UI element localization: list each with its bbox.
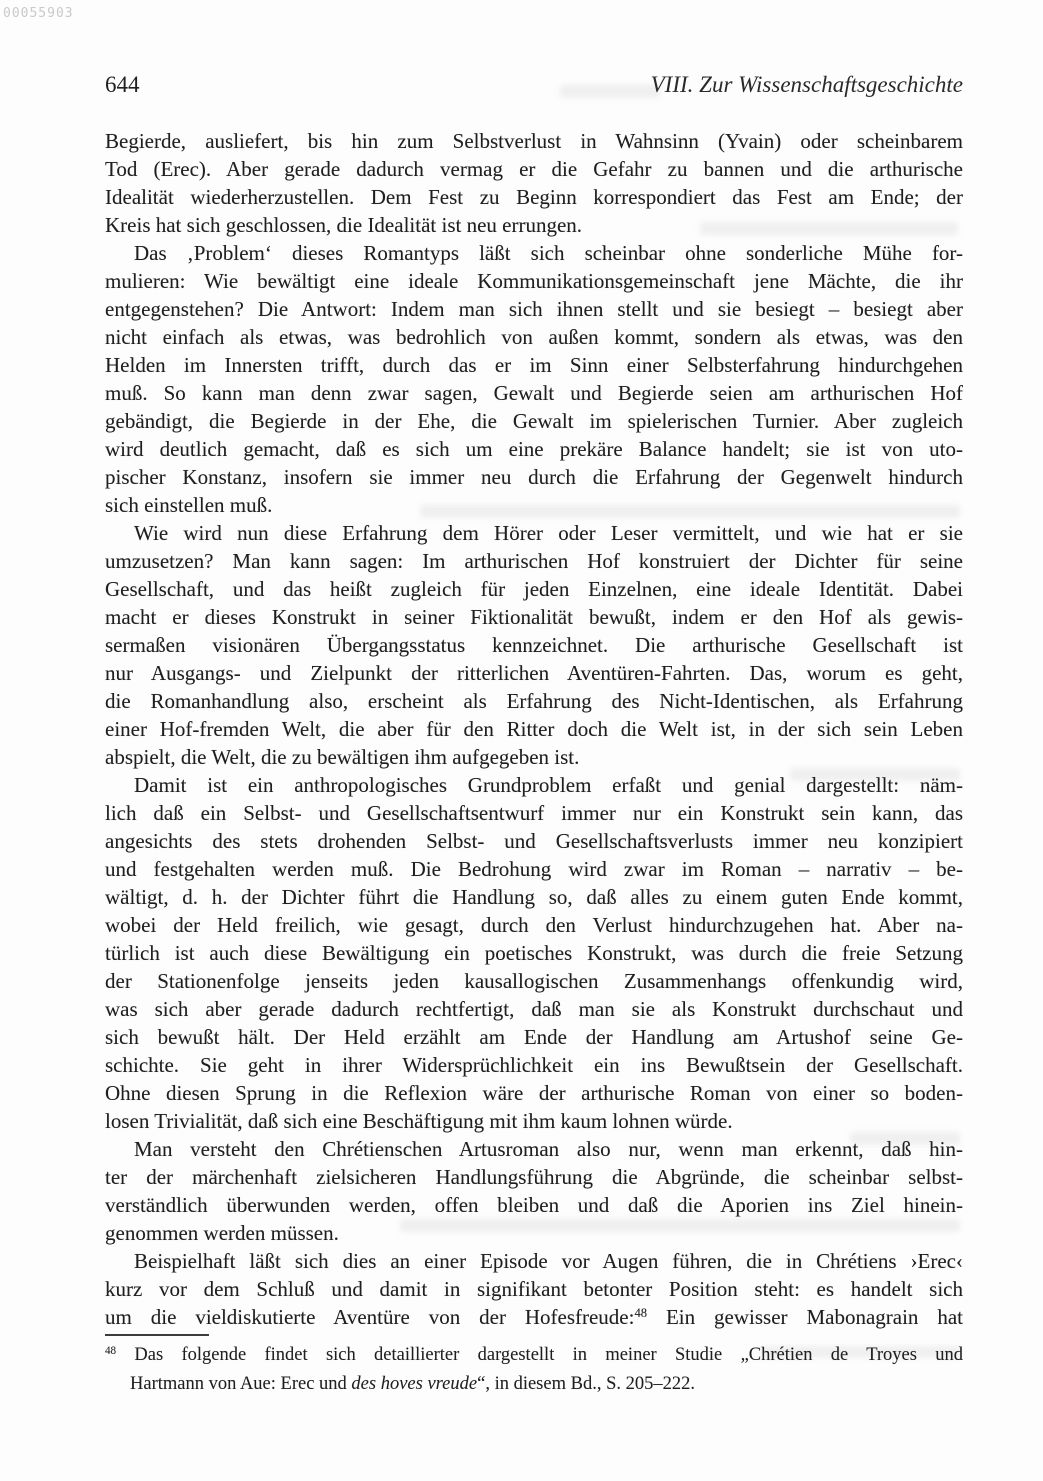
text-line: mulieren: Wie bewältigt eine ideale Komm… bbox=[105, 267, 963, 295]
text-line: muß. So kann man denn zwar sagen, Gewalt… bbox=[105, 379, 963, 407]
text-line: und festgehalten werden muß. Die Bedrohu… bbox=[105, 855, 963, 883]
footnote-reference: 48 bbox=[634, 1306, 647, 1320]
text-line: nicht einfach als etwas, was bedrohlich … bbox=[105, 323, 963, 351]
running-title: VIII. Zur Wissenschaftsgeschichte bbox=[651, 72, 963, 98]
text-line: wobei der Held freilich, wie gesagt, dur… bbox=[105, 911, 963, 939]
text-line: Gesellschaft, und das heißt zugleich für… bbox=[105, 575, 963, 603]
text-line: losen Trivialität, daß sich eine Beschäf… bbox=[105, 1107, 963, 1135]
footnote-reference: 48 bbox=[105, 1345, 116, 1357]
text-line: umzusetzen? Man kann sagen: Im arthurisc… bbox=[105, 547, 963, 575]
text-line: Das ‚Problem‘ dieses Romantyps läßt sich… bbox=[105, 239, 963, 267]
footnote-separator bbox=[105, 1334, 209, 1336]
footnote-line: Hartmann von Aue: Erec und des hoves vre… bbox=[105, 1370, 963, 1399]
text-line: nur Ausgangs- und Zielpunkt der ritterli… bbox=[105, 659, 963, 687]
paragraph: Das ‚Problem‘ dieses Romantyps läßt sich… bbox=[105, 239, 963, 519]
text-line: Damit ist ein anthropologisches Grundpro… bbox=[105, 771, 963, 799]
page-header: 644 VIII. Zur Wissenschaftsgeschichte bbox=[105, 72, 963, 98]
text-line: die Romanhandlung also, erscheint als Er… bbox=[105, 687, 963, 715]
text-line: angesichts des stets drohenden Selbst- u… bbox=[105, 827, 963, 855]
text-line: türlich ist auch diese Bewältigung ein p… bbox=[105, 939, 963, 967]
paragraph: Beispielhaft läßt sich dies an einer Epi… bbox=[105, 1247, 963, 1331]
text-segment: “, in diesem Bd., S. 205–222. bbox=[477, 1374, 695, 1394]
text-line: Wie wird nun diese Erfahrung dem Hörer o… bbox=[105, 519, 963, 547]
text-line: wird deutlich gemacht, daß es sich um ei… bbox=[105, 435, 963, 463]
text-line: pischer Konstanz, insofern sie immer neu… bbox=[105, 463, 963, 491]
text-line: Ohne diesen Sprung in die Reflexion wäre… bbox=[105, 1079, 963, 1107]
book-page: 00055903 644 VIII. Zur Wissenschaftsgesc… bbox=[0, 0, 1043, 1481]
text-line: Tod (Erec). Aber gerade dadurch vermag e… bbox=[105, 155, 963, 183]
text-line: Helden im Innersten trifft, durch das er… bbox=[105, 351, 963, 379]
text-line: um die vieldiskutierte Aventüre von der … bbox=[105, 1303, 963, 1331]
text-line: Kreis hat sich geschlossen, die Idealitä… bbox=[105, 211, 963, 239]
text-segment: Das folgende findet sich detaillierter d… bbox=[116, 1345, 963, 1365]
text-line: wältigt, d. h. der Dichter führt die Han… bbox=[105, 883, 963, 911]
paragraph: Damit ist ein anthropologisches Grundpro… bbox=[105, 771, 963, 1135]
text-line: gebändigt, die Begierde in der Ehe, die … bbox=[105, 407, 963, 435]
text-line: macht er dieses Konstrukt in seiner Fikt… bbox=[105, 603, 963, 631]
text-line: sich einstellen muß. bbox=[105, 491, 963, 519]
text-line: kurz vor dem Schluß und damit in signifi… bbox=[105, 1275, 963, 1303]
scan-number: 00055903 bbox=[3, 6, 74, 21]
footnote-line: 48 Das folgende findet sich detaillierte… bbox=[105, 1341, 963, 1370]
footnote-text: 48 Das folgende findet sich detaillierte… bbox=[105, 1341, 963, 1399]
text-line: entgegenstehen? Die Antwort: Indem man s… bbox=[105, 295, 963, 323]
body-text: Begierde, ausliefert, bis hin zum Selbst… bbox=[105, 127, 963, 1331]
text-line: genommen werden müssen. bbox=[105, 1219, 963, 1247]
text-line: sermaßen visionären Übergangsstatus kenn… bbox=[105, 631, 963, 659]
text-line: lich daß ein Selbst- und Gesellschaftsen… bbox=[105, 799, 963, 827]
footnote-section: 48 Das folgende findet sich detaillierte… bbox=[105, 1334, 963, 1399]
text-line: Idealität wiederherzustellen. Dem Fest z… bbox=[105, 183, 963, 211]
text-line: einer Hof-fremden Welt, die aber für den… bbox=[105, 715, 963, 743]
text-line: Man versteht den Chrétienschen Artusroma… bbox=[105, 1135, 963, 1163]
text-line: was sich aber gerade dadurch rechtfertig… bbox=[105, 995, 963, 1023]
text-line: Begierde, ausliefert, bis hin zum Selbst… bbox=[105, 127, 963, 155]
text-line: sich bewußt hält. Der Held erzählt am En… bbox=[105, 1023, 963, 1051]
text-line: ter der märchenhaft zielsicheren Handlun… bbox=[105, 1163, 963, 1191]
paragraph: Wie wird nun diese Erfahrung dem Hörer o… bbox=[105, 519, 963, 771]
italic-text: des hoves vreude bbox=[351, 1374, 477, 1394]
text-line: verständlich überwunden werden, offen bl… bbox=[105, 1191, 963, 1219]
text-line: schichte. Sie geht in ihrer Widersprüchl… bbox=[105, 1051, 963, 1079]
text-line: Beispielhaft läßt sich dies an einer Epi… bbox=[105, 1247, 963, 1275]
text-segment: Ein gewisser Mabonagrain hat bbox=[647, 1305, 963, 1329]
text-line: abspielt, die Welt, die zu bewältigen ih… bbox=[105, 743, 963, 771]
text-segment: Hartmann von Aue: Erec und bbox=[130, 1374, 351, 1394]
paragraph: Man versteht den Chrétienschen Artusroma… bbox=[105, 1135, 963, 1247]
text-line: der Stationenfolge jenseits jeden kausal… bbox=[105, 967, 963, 995]
paragraph: Begierde, ausliefert, bis hin zum Selbst… bbox=[105, 127, 963, 239]
page-number: 644 bbox=[105, 72, 140, 98]
text-segment: um die vieldiskutierte Aventüre von der … bbox=[105, 1305, 634, 1329]
